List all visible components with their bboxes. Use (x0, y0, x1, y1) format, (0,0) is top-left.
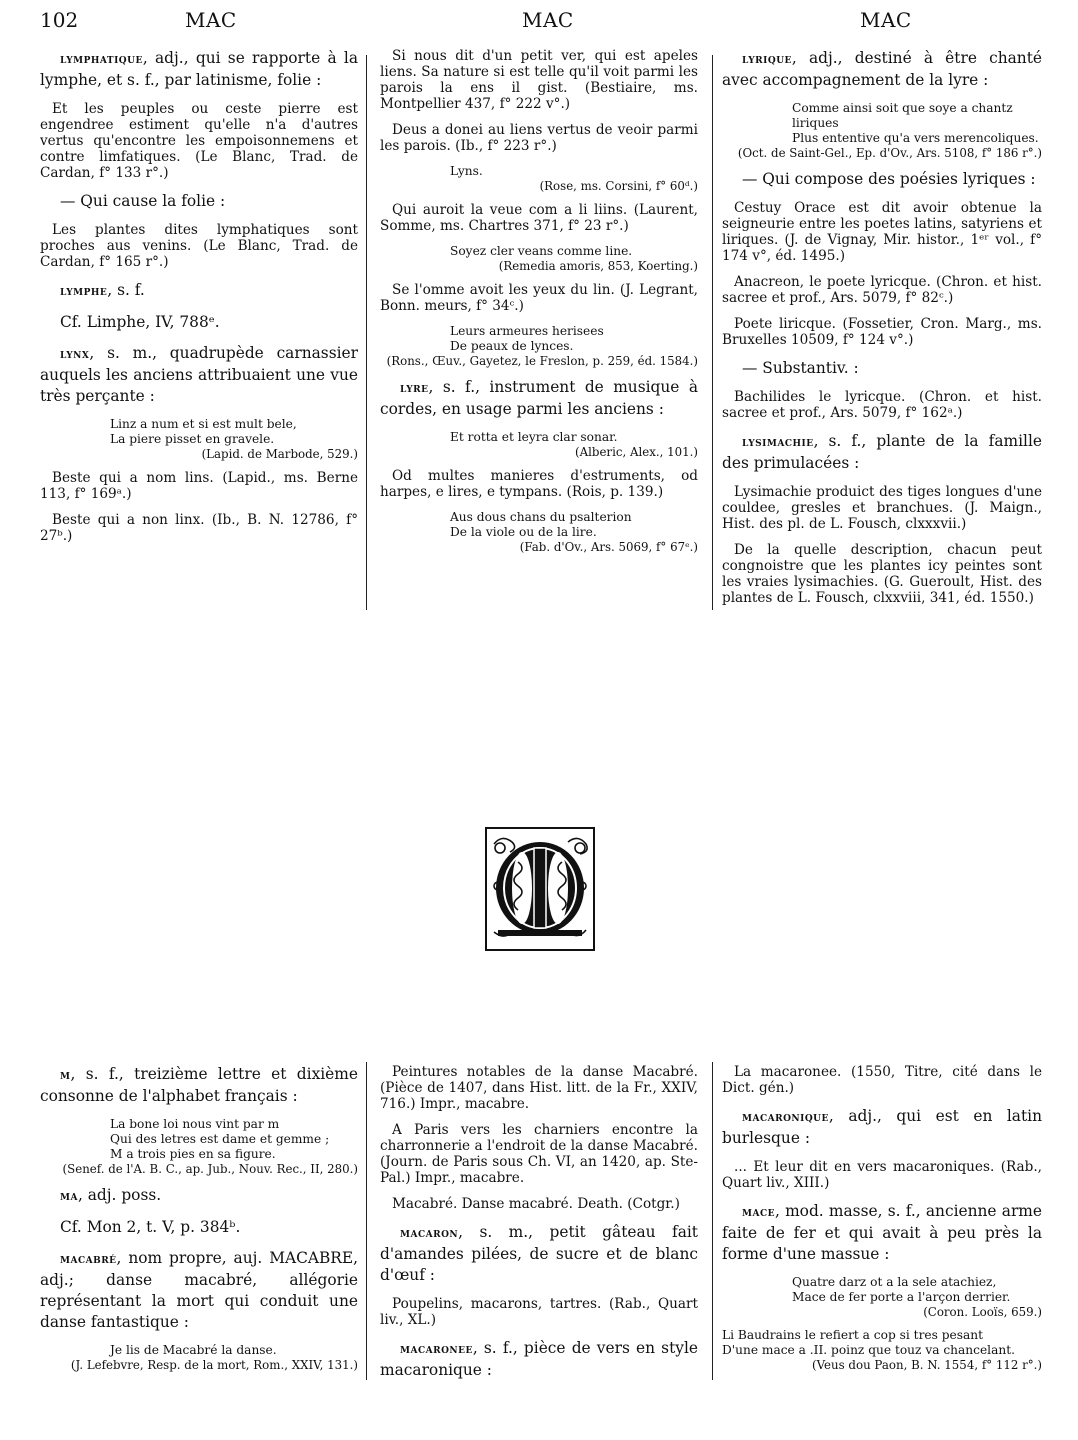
top-column-2: Si nous dit d'un petit ver, qui est apel… (380, 48, 698, 563)
verse-line: Mace de fer porte a l'arçon derrier. (722, 1290, 1042, 1305)
verse-line: Je lis de Macabré la danse. (40, 1343, 358, 1358)
headword: macaron (400, 1225, 458, 1241)
citation-quote: Et les peuples ou ceste pierre est engen… (40, 101, 358, 181)
citation-quote: Beste qui a non linx. (Ib., B. N. 12786,… (40, 512, 358, 544)
verse-citation: Comme ainsi soit que soye a chantz liriq… (722, 101, 1042, 161)
column-rule (366, 1062, 367, 1380)
verse-line: Leurs armeures herisees (380, 324, 698, 339)
citation-quote: Qui auroit la veue com a li liins. (Laur… (380, 202, 698, 234)
citation-quote: Si nous dit d'un petit ver, qui est apel… (380, 48, 698, 112)
dictionary-entry: mace, mod. masse, s. f., ancienne arme f… (722, 1201, 1042, 1265)
verse-citation: Je lis de Macabré la danse.(J. Lefebvre,… (40, 1343, 358, 1373)
headword: m (60, 1067, 70, 1083)
verse-line: Plus ententive qu'a vers merencoliques. (722, 131, 1042, 146)
dictionary-entry: macaron, s. m., petit gâteau fait d'aman… (380, 1222, 698, 1286)
verse-source: (Rose, ms. Corsini, f° 60ᵈ.) (380, 179, 698, 194)
running-head-center: MAC (522, 8, 574, 32)
running-head-right: MAC (860, 8, 912, 32)
verse-line: Qui des letres est dame et gemme ; (40, 1132, 358, 1147)
citation-quote: La macaronee. (1550, Titre, cité dans le… (722, 1064, 1042, 1096)
column-rule (366, 55, 367, 610)
sub-sense: Cf. Limphe, IV, 788ᵉ. (40, 312, 358, 333)
dictionary-entry: m, s. f., treizième lettre et dixième co… (40, 1064, 358, 1107)
headword: lyrique (742, 51, 792, 67)
top-column-3: lyrique, adj., destiné à être chanté ave… (722, 48, 1042, 616)
dictionary-entry: lyrique, adj., destiné à être chanté ave… (722, 48, 1042, 91)
dictionary-entry: lymphatique, adj., qui se rapporte à la … (40, 48, 358, 91)
bottom-column-1: m, s. f., treizième lettre et dixième co… (40, 1064, 358, 1381)
citation-quote: Poete liricque. (Fossetier, Cron. Marg.,… (722, 316, 1042, 348)
verse-citation: Et rotta et leyra clar sonar.(Alberic, A… (380, 430, 698, 460)
dictionary-entry: lysimachie, s. f., plante de la famille … (722, 431, 1042, 474)
headword: lymphe (60, 283, 107, 299)
headword: mace (742, 1204, 775, 1220)
definition: , s. f., instrument de musique à cordes,… (380, 378, 698, 418)
verse-source: (Lapid. de Marbode, 529.) (40, 447, 358, 462)
verse-source: (Alberic, Alex., 101.) (380, 445, 698, 460)
citation-quote: Se l'omme avoit les yeux du lin. (J. Leg… (380, 282, 698, 314)
verse-line: De peaux de lynces. (380, 339, 698, 354)
verse-citation: Aus dous chans du psalterionDe la viole … (380, 510, 698, 555)
verse-source: (Coron. Looïs, 659.) (722, 1305, 1042, 1320)
verse-line: Linz a num et si est mult bele, (40, 417, 358, 432)
citation-quote: ... Et leur dit en vers macaroniques. (R… (722, 1159, 1042, 1191)
dictionary-entry: macaronee, s. f., pièce de vers en style… (380, 1338, 698, 1381)
verse-citation: La bone loi nous vint par mQui des letre… (40, 1117, 358, 1177)
verse-source: (Fab. d'Ov., Ars. 5069, f° 67ᵉ.) (380, 540, 698, 555)
verse-citation: Quatre darz ot a la sele atachiez,Mace d… (722, 1275, 1042, 1320)
verse-source: (Remedia amoris, 853, Koerting.) (380, 259, 698, 274)
definition: , s. f., treizième lettre et dixième con… (40, 1065, 358, 1105)
citation-quote: Poupelins, macarons, tartres. (Rab., Qua… (380, 1296, 698, 1328)
citation-quote: Beste qui a nom lins. (Lapid., ms. Berne… (40, 470, 358, 502)
verse-citation: Lyns.(Rose, ms. Corsini, f° 60ᵈ.) (380, 164, 698, 194)
dictionary-entry: ma, adj. poss. (40, 1185, 358, 1207)
citation-quote: Bachilides le lyricque. (Chron. et hist.… (722, 389, 1042, 421)
verse-line: Lyns. (380, 164, 698, 179)
citation-quote: Lysimachie produict des tiges longues d'… (722, 484, 1042, 532)
ornamental-initial-m-icon (484, 826, 596, 952)
verse-source: (Veus dou Paon, B. N. 1554, f° 112 r°.) (722, 1358, 1042, 1373)
verse-source: (J. Lefebvre, Resp. de la mort, Rom., XX… (40, 1358, 358, 1373)
headword: lymphatique (60, 51, 143, 67)
verse-citation: Soyez cler veans comme line.(Remedia amo… (380, 244, 698, 274)
top-column-1: lymphatique, adj., qui se rapporte à la … (40, 48, 358, 554)
verse-line: Quatre darz ot a la sele atachiez, (722, 1275, 1042, 1290)
verse-line: La piere pisset en gravele. (40, 432, 358, 447)
definition: , s. f. (107, 281, 145, 299)
dictionary-entry: macaronique, adj., qui est en latin burl… (722, 1106, 1042, 1149)
verse-citation: Linz a num et si est mult bele,La piere … (40, 417, 358, 462)
citation-quote: Les plantes dites lymphatiques sont proc… (40, 222, 358, 270)
verse-line: La bone loi nous vint par m (40, 1117, 358, 1132)
dictionary-entry: lynx, s. m., quadrupède carnassier auque… (40, 343, 358, 407)
citation-quote: Peintures notables de la danse Macabré. … (380, 1064, 698, 1112)
headword: lyre (400, 380, 429, 396)
bottom-column-2: Peintures notables de la danse Macabré. … (380, 1064, 698, 1391)
headword: ma (60, 1188, 78, 1204)
verse-line: Li Baudrains le refiert a cop si tres pe… (722, 1328, 1042, 1343)
running-head-left: MAC (185, 8, 237, 32)
headword: lysimachie (742, 434, 814, 450)
column-rule (712, 55, 713, 610)
definition: , adj. poss. (78, 1186, 161, 1204)
sub-sense: Cf. Mon 2, t. V, p. 384ᵇ. (40, 1217, 358, 1238)
verse-line: Et rotta et leyra clar sonar. (380, 430, 698, 445)
sub-sense: — Qui compose des poésies lyriques : (722, 169, 1042, 190)
verse-line: Soyez cler veans comme line. (380, 244, 698, 259)
dictionary-entry: macabré, nom propre, auj. MACABRE, adj.;… (40, 1248, 358, 1333)
verse-citation: Li Baudrains le refiert a cop si tres pe… (722, 1328, 1042, 1373)
citation-quote: Anacreon, le poete lyricque. (Chron. et … (722, 274, 1042, 306)
verse-citation: Leurs armeures heriseesDe peaux de lynce… (380, 324, 698, 369)
verse-line: Aus dous chans du psalterion (380, 510, 698, 525)
verse-source: (Senef. de l'A. B. C., ap. Jub., Nouv. R… (40, 1162, 358, 1177)
page-number: 102 (40, 8, 78, 32)
citation-quote: De la quelle description, chacun peut co… (722, 542, 1042, 606)
bottom-column-3: La macaronee. (1550, Titre, cité dans le… (722, 1064, 1042, 1381)
verse-source: (Rons., Œuv., Gayetez, le Freslon, p. 25… (380, 354, 698, 369)
citation-quote: Deus a donei au liens vertus de veoir pa… (380, 122, 698, 154)
verse-line: D'une mace a .II. poinz que touz va chan… (722, 1343, 1042, 1358)
sub-sense: — Qui cause la folie : (40, 191, 358, 212)
verse-line: De la viole ou de la lire. (380, 525, 698, 540)
dictionary-entry: lyre, s. f., instrument de musique à cor… (380, 377, 698, 420)
citation-quote: Cestuy Orace est dit avoir obtenue la se… (722, 200, 1042, 264)
verse-line: Comme ainsi soit que soye a chantz liriq… (722, 101, 1042, 131)
verse-line: M a trois pies en sa figure. (40, 1147, 358, 1162)
citation-quote: A Paris vers les charniers encontre la c… (380, 1122, 698, 1186)
headword: macabré (60, 1251, 117, 1267)
citation-quote: Macabré. Danse macabré. Death. (Cotgr.) (380, 1196, 698, 1212)
sub-sense: — Substantiv. : (722, 358, 1042, 379)
citation-quote: Od multes manieres d'estruments, od harp… (380, 468, 698, 500)
headword: macaronee (400, 1341, 473, 1357)
column-rule (712, 1062, 713, 1380)
dictionary-entry: lymphe, s. f. (40, 280, 358, 302)
verse-source: (Oct. de Saint-Gel., Ep. d'Ov., Ars. 510… (722, 146, 1042, 161)
headword: macaronique (742, 1109, 829, 1125)
headword: lynx (60, 346, 89, 362)
